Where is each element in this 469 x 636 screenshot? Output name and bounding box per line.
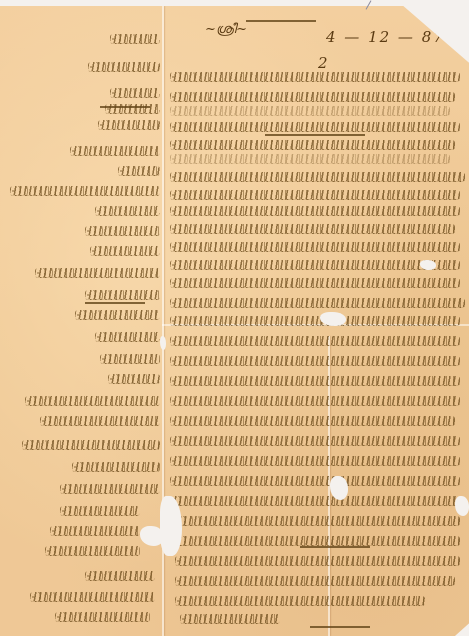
handwritten-line xyxy=(170,436,460,446)
handwritten-line xyxy=(170,260,460,270)
handwritten-line xyxy=(85,226,160,236)
handwritten-line xyxy=(95,332,160,342)
handwritten-line xyxy=(170,416,455,426)
handwritten-line xyxy=(85,571,155,581)
date-header: 4 — 12 — 87 xyxy=(326,28,445,46)
handwritten-line xyxy=(75,310,160,320)
handwritten-line xyxy=(170,316,460,326)
handwritten-line xyxy=(22,440,160,450)
handwritten-line xyxy=(170,396,460,406)
handwritten-line xyxy=(170,106,450,116)
handwritten-line xyxy=(175,596,425,606)
handwritten-line xyxy=(170,496,460,506)
handwritten-line xyxy=(88,62,160,72)
ink-underline xyxy=(300,546,370,548)
handwritten-line xyxy=(170,336,460,346)
handwritten-line xyxy=(170,356,460,366)
handwritten-line xyxy=(118,166,160,176)
handwritten-line xyxy=(85,290,160,300)
paper-tear xyxy=(140,526,164,546)
handwritten-line xyxy=(170,476,460,486)
handwritten-line xyxy=(170,190,460,200)
sub-header: 2 xyxy=(318,54,330,72)
handwritten-line xyxy=(35,268,160,278)
handwritten-line xyxy=(98,120,160,130)
manuscript-page: ~ശ്രീ~ 4 — 12 — 87 2 xyxy=(0,6,469,636)
handwritten-line xyxy=(170,172,465,182)
handwritten-line xyxy=(170,206,460,216)
ink-strike xyxy=(85,302,145,304)
handwritten-line xyxy=(95,206,160,216)
handwritten-line xyxy=(170,92,455,102)
handwritten-line xyxy=(100,354,160,364)
handwritten-line xyxy=(25,396,160,406)
handwritten-line xyxy=(170,224,455,234)
handwritten-line xyxy=(170,456,460,466)
handwritten-line xyxy=(110,88,160,98)
paper-hole xyxy=(420,260,436,270)
handwritten-line xyxy=(50,526,140,536)
handwritten-line xyxy=(30,592,155,602)
handwritten-line xyxy=(175,536,460,546)
handwritten-line xyxy=(45,546,140,556)
ink-underline xyxy=(265,134,365,136)
handwritten-line xyxy=(60,484,160,494)
paper-hole xyxy=(330,476,348,500)
handwritten-line xyxy=(108,374,160,384)
paper-hole xyxy=(160,336,166,350)
handwritten-line xyxy=(170,140,455,150)
handwritten-line xyxy=(90,246,160,256)
handwritten-line xyxy=(170,298,465,308)
handwritten-line xyxy=(40,416,160,426)
handwritten-line xyxy=(170,122,460,132)
handwritten-line xyxy=(170,376,460,386)
handwritten-line xyxy=(170,278,460,288)
handwritten-line xyxy=(70,146,160,156)
ink-strike xyxy=(100,106,150,108)
handwritten-line xyxy=(55,612,150,622)
handwritten-line xyxy=(170,242,460,252)
handwritten-line xyxy=(175,556,460,566)
handwritten-line xyxy=(170,72,460,82)
handwritten-line xyxy=(170,154,450,164)
paper-hole xyxy=(320,312,346,326)
handwritten-line xyxy=(175,516,460,526)
handwritten-line xyxy=(110,34,160,44)
header-script: ~ശ്രീ~ xyxy=(205,22,247,37)
handwritten-line xyxy=(180,614,280,624)
handwritten-line xyxy=(72,462,160,472)
paper-hole xyxy=(455,496,469,516)
handwritten-line xyxy=(175,576,455,586)
ink-underline xyxy=(310,626,370,628)
handwritten-line xyxy=(10,186,160,196)
handwritten-line xyxy=(60,506,140,516)
header-strike xyxy=(246,20,316,22)
